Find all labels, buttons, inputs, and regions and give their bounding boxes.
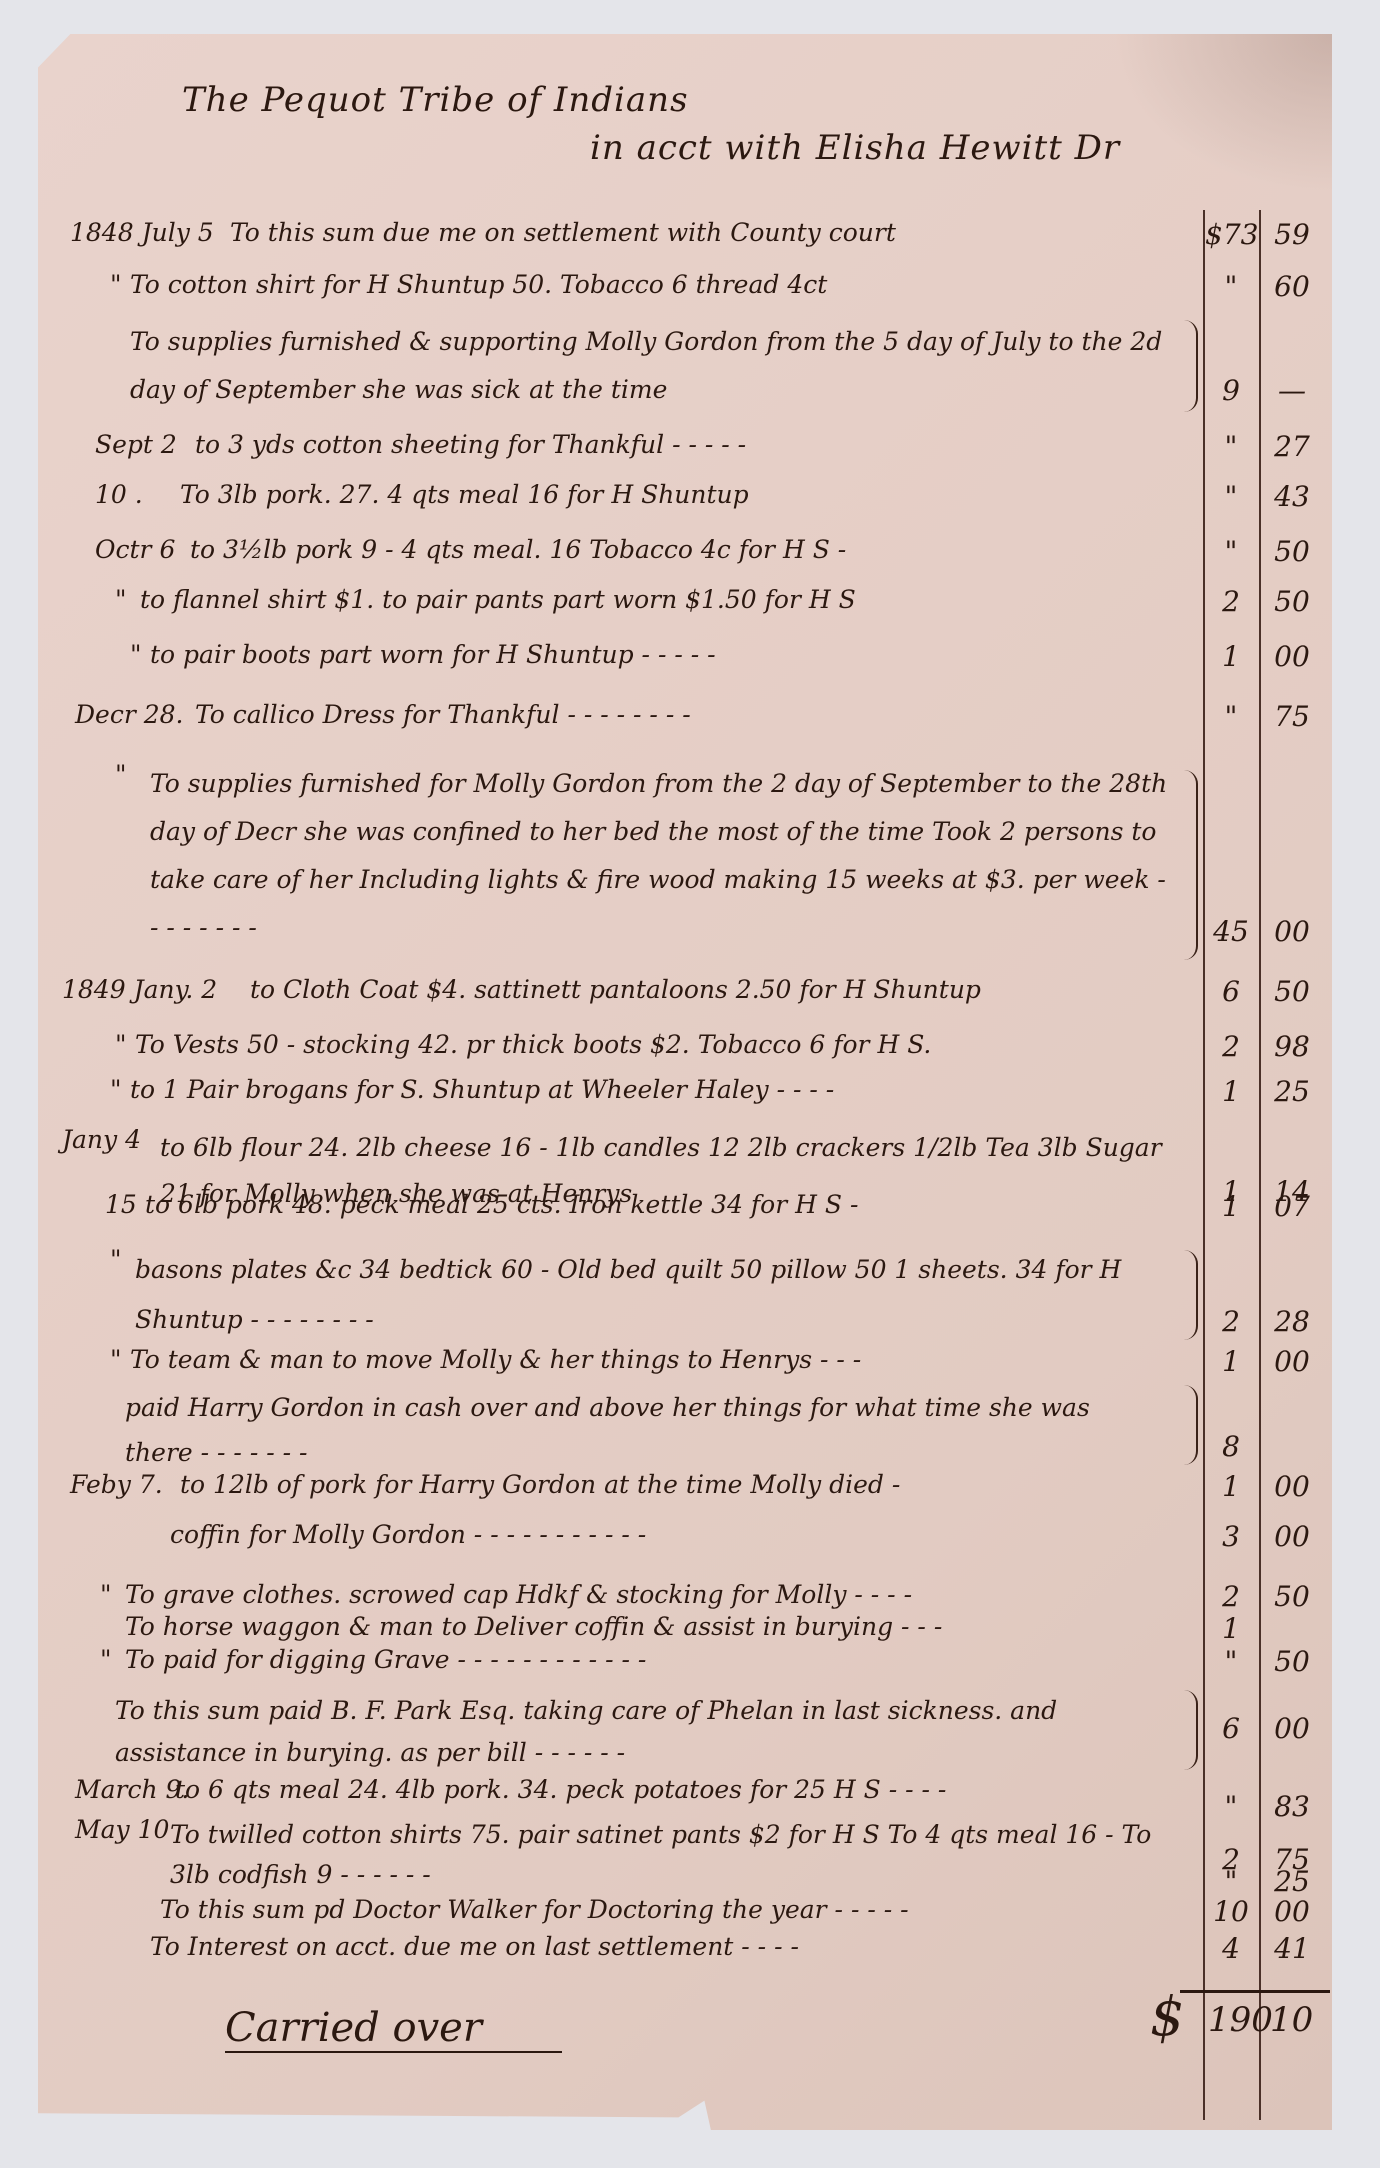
total-underline [1180,1990,1330,1993]
entry-cents: 50 [1262,535,1322,568]
entry-text: to 3½lb pork 9 - 4 qts meal. 16 Tobacco … [190,535,846,564]
entry-text: to 12lb of pork for Harry Gordon at the … [180,1470,900,1499]
ledger-entry: Octr 6 to 3½lb pork 9 - 4 qts meal. 16 T… [0,535,1330,575]
entry-text: To this sum due me on settlement with Co… [230,218,896,247]
entry-text: paid Harry Gordon in cash over and above… [125,1385,1145,1475]
entry-dollars: 6 [1205,1712,1257,1745]
entry-dollars: 10 [1205,1895,1257,1928]
entry-dollars: 1 [1205,1345,1257,1378]
entry-dollars: " [1205,535,1257,568]
entry-text: To paid for digging Grave - - - - - - - … [125,1645,646,1674]
entry-cents: 00 [1262,640,1322,673]
entry-text: To grave clothes. scrowed cap Hdkf & sto… [125,1580,912,1609]
entry-date: " [110,1345,122,1374]
entry-text: To cotton shirt for H Shuntup 50. Tobacc… [130,270,827,299]
entry-cents: 00 [1262,1345,1322,1378]
entry-date: " [100,1580,112,1609]
entry-text: To Interest on acct. due me on last sett… [150,1932,799,1961]
entry-dollars: 1 [1205,1190,1257,1223]
ledger-entry: 15 to 6lb pork 48. peck meal 25 cts. Iro… [0,1190,1330,1230]
entry-dollars: 1 [1205,1075,1257,1108]
entry-date: Sept 2 [95,430,177,459]
entry-date: " [110,1245,122,1274]
ledger-entry: " to pair boots part worn for H Shuntup … [0,640,1330,680]
entry-dollars: 6 [1205,975,1257,1008]
entry-date: May 10 [75,1815,169,1844]
entry-cents: 41 [1262,1932,1322,1965]
entry-cents: 00 [1262,1520,1322,1553]
entry-text: To this sum pd Doctor Walker for Doctori… [160,1895,909,1924]
entry-date: Jany 4 [62,1125,141,1154]
ledger-entry: Feby 7. to 12lb of pork for Harry Gordon… [0,1470,1330,1510]
entry-text: To Vests 50 - stocking 42. pr thick boot… [135,1030,931,1059]
entry-date: " [130,640,142,669]
ledger-entry: coffin for Molly Gordon - - - - - - - - … [0,1520,1330,1560]
entry-cents: 00 [1262,1470,1322,1503]
brace-mark [1182,1250,1198,1340]
entry-dollars: " [1205,270,1257,303]
entry-text: To team & man to move Molly & her things… [130,1345,861,1374]
ledger-entry: " basons plates &c 34 bedtick 60 - Old b… [0,1245,1330,1341]
ledger-entry: " to flannel shirt $1. to pair pants par… [0,585,1330,625]
entry-date: 1849 Jany. 2 [62,975,217,1004]
ledger-entry: To this sum pd Doctor Walker for Doctori… [0,1895,1330,1935]
entry-cents: 50 [1262,975,1322,1008]
ledger-entry: To supplies furnished & supporting Molly… [0,318,1330,414]
entry-text: to 1 Pair brogans for S. Shuntup at Whee… [130,1075,834,1104]
entry-cents: 25 [1262,1865,1322,1898]
entry-dollars: $73 [1205,218,1257,251]
ledger-entry: " To supplies furnished for Molly Gordon… [0,760,1330,960]
ledger-heading-line1: The Pequot Tribe of Indians [182,80,689,120]
entry-cents: 00 [1262,1895,1322,1928]
entry-text: To this sum paid B. F. Park Esq. taking … [115,1690,1155,1774]
ledger-entry: " to 1 Pair brogans for S. Shuntup at Wh… [0,1075,1330,1115]
ledger-entry: 10 . To 3lb pork. 27. 4 qts meal 16 for … [0,480,1330,520]
entry-dollars: " [1205,430,1257,463]
dollar-sign: $ [1150,1985,1184,2048]
entry-text: coffin for Molly Gordon - - - - - - - - … [170,1520,646,1549]
entry-cents: 28 [1262,1305,1322,1338]
entry-date: " [115,760,127,789]
entry-dollars: " [1205,700,1257,733]
carried-over-note: Carried over [225,2005,562,2053]
entry-text: To 3lb pork. 27. 4 qts meal 16 for H Shu… [180,480,749,509]
entry-text: To supplies furnished & supporting Molly… [130,318,1170,414]
entry-dollars: 2 [1205,585,1257,618]
ledger-entry: " To Vests 50 - stocking 42. pr thick bo… [0,1030,1330,1070]
brace-mark [1182,1690,1198,1770]
entry-cents: 50 [1262,585,1322,618]
entry-date: " [115,1030,127,1059]
entry-text: To horse waggon & man to Deliver coffin … [125,1612,942,1641]
entry-text: To supplies furnished for Molly Gordon f… [150,760,1170,952]
entry-cents: 98 [1262,1030,1322,1063]
entry-date: Decr 28. [75,700,184,729]
entry-cents: 60 [1262,270,1322,303]
ledger-entry: 1849 Jany. 2 to Cloth Coat $4. sattinett… [0,975,1330,1015]
entry-date: 15 [105,1190,137,1219]
total-dollars: 190 [1208,2000,1273,2040]
ledger-entry: paid Harry Gordon in cash over and above… [0,1385,1330,1475]
brace-mark [1182,770,1198,960]
entry-cents: 50 [1262,1580,1322,1613]
entry-cents: 00 [1262,1712,1322,1745]
entry-cents: 07 [1262,1190,1322,1223]
entry-cents: 25 [1262,1075,1322,1108]
entry-date: " [115,585,127,614]
entry-date: Feby 7. [70,1470,163,1499]
entry-date: " [110,270,122,299]
entry-date: 10 . [95,480,143,509]
entry-text: to 3 yds cotton sheeting for Thankful - … [195,430,746,459]
entry-dollars: 2 [1205,1030,1257,1063]
ledger-entry: To this sum paid B. F. Park Esq. taking … [0,1690,1330,1776]
entry-dollars: 3 [1205,1520,1257,1553]
ledger-heading-line2: in acct with Elisha Hewitt Dr [590,128,1120,168]
total-cents: 10 [1270,2000,1313,2040]
ledger-entry: To Interest on acct. due me on last sett… [0,1932,1330,1972]
entry-dollars: 9 [1205,374,1257,407]
entry-cents: 50 [1262,1645,1322,1678]
entry-text: basons plates &c 34 bedtick 60 - Old bed… [135,1245,1170,1345]
entry-dollars: 1 [1205,1612,1257,1645]
entry-cents: 43 [1262,480,1322,513]
entry-dollars: 2 [1205,1580,1257,1613]
entry-date: " [110,1075,122,1104]
entry-date: March 9. [75,1775,189,1804]
ledger-entry: March 9. to 6 qts meal 24. 4lb pork. 34.… [0,1775,1330,1815]
entry-dollars: 4 [1205,1932,1257,1965]
entry-cents: 75 [1262,700,1322,733]
brace-mark [1182,1385,1198,1465]
entry-text: to Cloth Coat $4. sattinett pantaloons 2… [250,975,981,1004]
entry-cents: 00 [1262,915,1322,948]
entry-dollars: 1 [1205,640,1257,673]
ledger-entry: 1848 July 5 To this sum due me on settle… [0,218,1330,258]
entry-cents: — [1262,374,1322,407]
entry-text: to flannel shirt $1. to pair pants part … [140,585,856,614]
ledger-entry: " To team & man to move Molly & her thin… [0,1345,1330,1385]
entry-dollars: 2 [1205,1305,1257,1338]
entry-dollars: 45 [1205,915,1257,948]
entry-text: To callico Dress for Thankful - - - - - … [195,700,691,729]
entry-date: " [100,1645,112,1674]
entry-dollars: 8 [1205,1430,1257,1463]
entry-date: Octr 6 [95,535,175,564]
entry-text: to 6lb pork 48. peck meal 25 cts. Iron k… [145,1190,858,1219]
entry-cents: 27 [1262,430,1322,463]
ledger-entry: Sept 2 to 3 yds cotton sheeting for Than… [0,430,1330,470]
entry-dollars: " [1205,480,1257,513]
ledger-entry: " To cotton shirt for H Shuntup 50. Toba… [0,270,1330,310]
entry-text: to pair boots part worn for H Shuntup - … [150,640,716,669]
entry-date: 1848 July 5 [70,218,214,247]
entry-dollars: 1 [1205,1470,1257,1503]
entry-dollars: " [1205,1865,1257,1898]
ledger-entry: Decr 28. To callico Dress for Thankful -… [0,700,1330,740]
entry-text: to 6 qts meal 24. 4lb pork. 34. peck pot… [175,1775,946,1804]
ledger-entry: " To paid for digging Grave - - - - - - … [0,1645,1330,1685]
entry-dollars: " [1205,1645,1257,1678]
brace-mark [1182,320,1198,412]
entry-cents: 59 [1262,218,1322,251]
